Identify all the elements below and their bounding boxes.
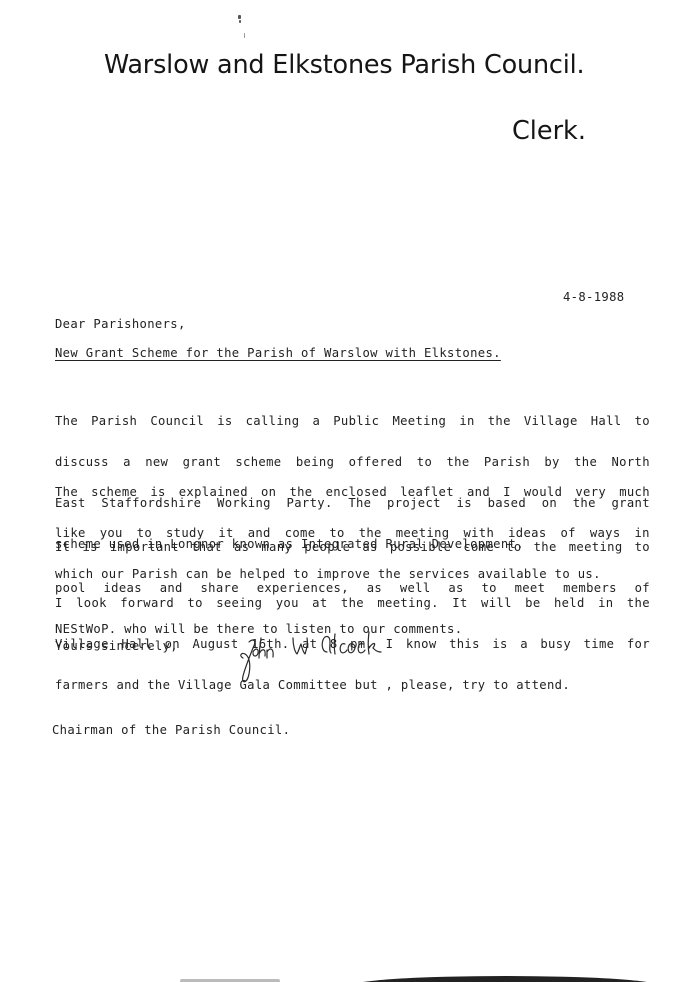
- word: is: [150, 486, 165, 500]
- handwritten-signature: [235, 630, 405, 693]
- word: explained: [179, 486, 248, 500]
- word: the: [289, 486, 312, 500]
- word: Meeting: [392, 415, 446, 429]
- word: in: [459, 415, 474, 429]
- scan-edge-shadow: [350, 976, 660, 982]
- scan-speck: [239, 20, 241, 23]
- word: as: [362, 541, 377, 555]
- letterhead-role: Clerk.: [512, 116, 586, 146]
- word: enclosed: [326, 486, 388, 500]
- word: the: [488, 415, 511, 429]
- word: people: [304, 541, 350, 555]
- text-line: Itisimportantthatasmanypeopleaspossiblec…: [55, 541, 650, 555]
- letterhead-organization: Warslow and Elkstones Parish Council.: [104, 50, 584, 80]
- word: to: [506, 541, 521, 555]
- subject-line: New Grant Scheme for the Parish of Warsl…: [55, 346, 501, 360]
- word: is: [492, 638, 507, 652]
- word: Hall: [591, 415, 622, 429]
- word: calling: [246, 415, 300, 429]
- word: a: [313, 415, 321, 429]
- word: Parish: [91, 415, 137, 429]
- word: that: [191, 541, 222, 555]
- word: as: [234, 541, 249, 555]
- word: to: [635, 541, 650, 555]
- word: Village: [524, 415, 578, 429]
- word: many: [261, 541, 292, 555]
- word: It: [55, 541, 70, 555]
- word: leaflet: [400, 486, 454, 500]
- word: I: [503, 486, 511, 500]
- word: much: [619, 486, 650, 500]
- word: in: [598, 597, 613, 611]
- word: meeting.: [377, 597, 439, 611]
- scan-speck: [238, 15, 241, 19]
- word: at: [312, 597, 327, 611]
- word: a: [520, 638, 528, 652]
- closing: Yours sincerely,: [55, 639, 178, 653]
- scan-speck: [244, 33, 245, 38]
- word: come: [463, 541, 494, 555]
- word: meeting: [569, 541, 623, 555]
- word: time: [584, 638, 615, 652]
- word: It: [452, 597, 467, 611]
- word: on: [261, 486, 276, 500]
- word: know: [406, 638, 437, 652]
- word: Public: [333, 415, 379, 429]
- word: important: [110, 541, 179, 555]
- word: be: [525, 597, 540, 611]
- text-line: Theschemeisexplainedontheenclosedleaflet…: [55, 486, 650, 500]
- word: The: [55, 486, 78, 500]
- word: seeing: [216, 597, 262, 611]
- word: the: [341, 597, 364, 611]
- text-line: Ilookforwardtoseeingyouatthemeeting.Itwi…: [55, 597, 650, 611]
- signer-title: Chairman of the Parish Council.: [52, 723, 290, 737]
- salutation: Dear Parishoners,: [55, 317, 186, 331]
- word: I: [55, 597, 63, 611]
- word: Council: [150, 415, 204, 429]
- letter-date: 4-8-1988: [563, 290, 625, 304]
- word: very: [575, 486, 606, 500]
- word: the: [534, 541, 557, 555]
- word: you: [276, 597, 299, 611]
- word: the: [627, 597, 650, 611]
- word: is: [82, 541, 97, 555]
- word: will: [481, 597, 512, 611]
- word: is: [217, 415, 232, 429]
- word: for: [627, 638, 650, 652]
- text-line: TheParishCounciliscallingaPublicMeetingi…: [55, 415, 650, 429]
- word: this: [449, 638, 480, 652]
- word: August: [192, 638, 238, 652]
- word: forward: [120, 597, 174, 611]
- word: would: [524, 486, 562, 500]
- word: scheme: [91, 486, 137, 500]
- word: busy: [540, 638, 571, 652]
- word: to: [187, 597, 202, 611]
- word: possible: [390, 541, 452, 555]
- word: and: [467, 486, 490, 500]
- word: The: [55, 415, 78, 429]
- word: look: [76, 597, 107, 611]
- word: to: [635, 415, 650, 429]
- word: held: [554, 597, 585, 611]
